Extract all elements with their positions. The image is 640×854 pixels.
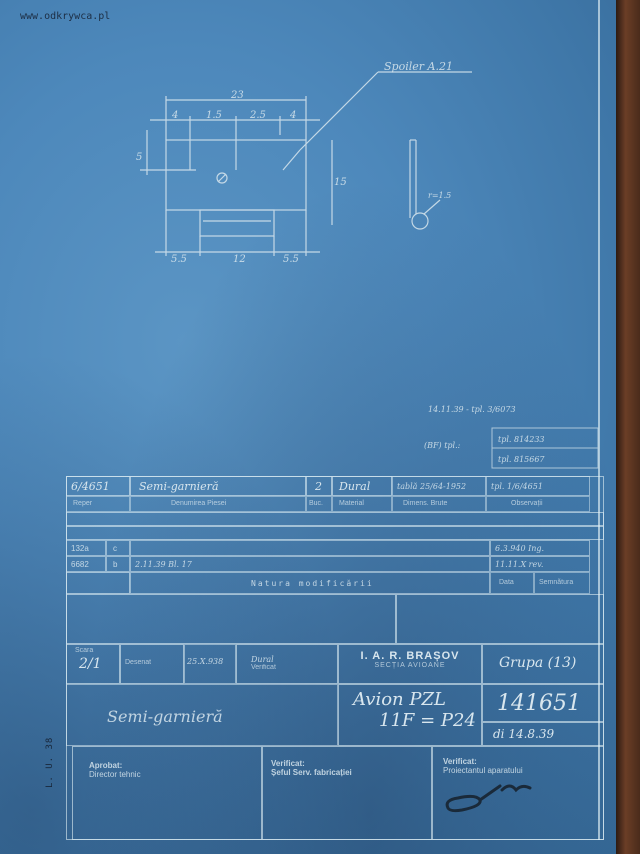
side-stamp: L. U. 38 <box>45 737 55 788</box>
dim-bottom-2: 12 <box>233 254 246 265</box>
department-name: SECȚIA AVIOANE <box>339 662 481 669</box>
label-reper: Reper <box>66 496 130 512</box>
dim-bottom-3: 5.5 <box>283 254 299 265</box>
revision-code: 132a <box>66 540 106 556</box>
dim-seg-4: 4 <box>289 110 296 121</box>
revision-text: 2.11.39 Bl. 17 <box>130 556 490 572</box>
dim-left: 5 <box>136 152 142 163</box>
scale-cell: Scara 2/1 <box>66 644 120 684</box>
revision-date-header: Data <box>490 572 534 594</box>
bf-label: (BF) tpl.: <box>424 441 461 450</box>
dim-seg-3: 2.5 <box>249 110 266 121</box>
aircraft-line-2: 11F = P24 <box>339 710 481 731</box>
approved-label: Aprobat: <box>89 761 245 770</box>
material: Dural <box>332 476 392 496</box>
drawn-date: 25.X.938 <box>184 644 236 684</box>
checked-cell: Dural Verificat <box>236 644 338 684</box>
verified-cell: Verificat: Șeful Serv. fabricației <box>262 746 432 840</box>
part-title: Semi-garnieră <box>66 684 338 746</box>
group-label: Grupa (13) <box>482 644 604 684</box>
drawn-cell: Desenat <box>120 644 184 684</box>
tab-outline <box>200 210 274 236</box>
blank-row <box>66 526 604 540</box>
company-cell: I. A. R. BRAȘOV SECȚIA AVIOANE <box>338 644 482 684</box>
revision-text <box>130 540 490 556</box>
wooden-frame <box>616 0 640 854</box>
verified2-label: Verificat: <box>443 757 593 766</box>
observations: tpl. 1/6/4651 <box>486 476 590 496</box>
revision-mark: b <box>106 556 130 572</box>
verified2-role: Proiectantul aparatului <box>443 766 593 775</box>
aircraft-line-1: Avion PZL <box>339 685 481 710</box>
dim-right: 15 <box>334 177 347 188</box>
blank-row <box>66 512 604 526</box>
label-material: Material <box>332 496 392 512</box>
part-name: Semi-garnieră <box>130 476 306 496</box>
revision-labels-cell <box>66 572 130 594</box>
dim-bottom-1: 5.5 <box>171 254 187 265</box>
drawing-number: 141651 <box>482 684 604 722</box>
revision-boxed-1: tpl. 814233 <box>498 435 545 444</box>
checked-label: Verificat <box>237 664 337 671</box>
approved-cell: Aprobat: Director tehnic <box>72 746 262 840</box>
blank-band-right <box>396 594 604 644</box>
drawn-label: Desenat <box>121 645 183 666</box>
revision-mark: c <box>106 540 130 556</box>
revision-signature-header: Semnătura <box>534 572 590 594</box>
scale-value: 2/1 <box>67 656 119 672</box>
watermark: www.odkrywca.pl <box>20 11 110 22</box>
revision-code: 6682 <box>66 556 106 572</box>
quantity: 2 <box>306 476 332 496</box>
label-piece-name: Denumirea Piesei <box>130 496 306 512</box>
drawing-date: di 14.8.39 <box>482 722 604 746</box>
side-radius: r=1.5 <box>428 191 451 200</box>
verified-role: Șeful Serv. fabricației <box>271 768 423 777</box>
revision-right-2: 11.11.X rev. <box>490 556 590 572</box>
label-raw-dims: Dimens. Brute <box>392 496 486 512</box>
aircraft-cell: Avion PZL 11F = P24 <box>338 684 482 746</box>
label-observations: Observații <box>486 496 590 512</box>
revision-note: 14.11.39 - tpl. 3/6073 <box>428 405 516 414</box>
blank-band-left <box>66 594 396 644</box>
callout-label: Spoiler A.21 <box>384 60 453 73</box>
revision-nature-header: Natura modificării <box>130 572 490 594</box>
dim-seg-1: 4 <box>171 110 178 121</box>
part-number: 6/4651 <box>66 476 130 496</box>
checked-value: Dural <box>237 645 337 664</box>
revision-boxed-2: tpl. 815667 <box>498 455 545 464</box>
dim-overall: 23 <box>230 90 244 101</box>
dim-seg-2: 1.5 <box>206 110 222 121</box>
company-name: I. A. R. BRAȘOV <box>339 645 481 662</box>
verified-label: Verificat: <box>271 759 423 768</box>
raw-dimensions: tablă 25/64-1952 <box>392 476 486 496</box>
signature <box>440 780 560 820</box>
approved-role: Director tehnic <box>89 770 245 779</box>
revision-right-1: 6.3.940 Ing. <box>490 540 590 556</box>
scale-label: Scara <box>67 645 119 656</box>
label-qty: Buc. <box>306 496 332 512</box>
